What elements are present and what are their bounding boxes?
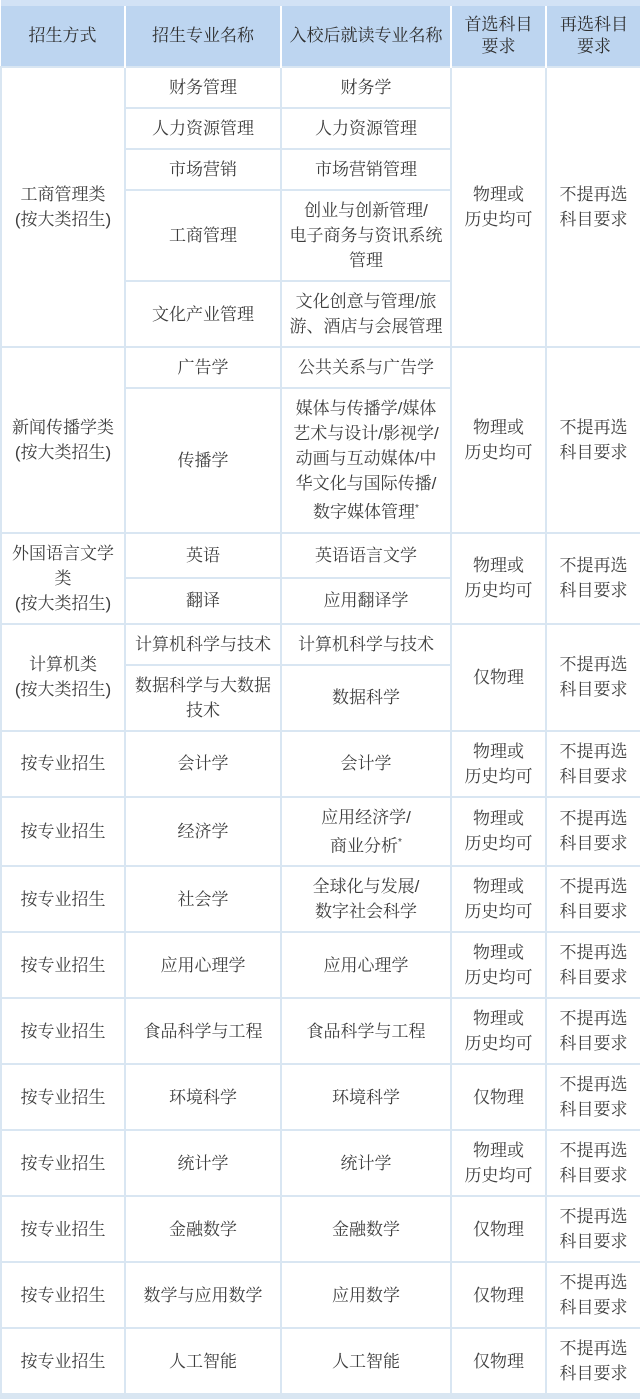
second-subject-cell: 不提再选科目要求 bbox=[546, 731, 640, 797]
table-row: 按专业招生社会学全球化与发展/数字社会科学物理或历史均可不提再选科目要求 bbox=[1, 866, 640, 932]
study-major-cell: 英语语言文学 bbox=[281, 533, 451, 579]
enroll-major-cell: 应用心理学 bbox=[125, 932, 281, 998]
enroll-major-cell: 人工智能 bbox=[125, 1328, 281, 1396]
first-subject-cell: 物理或历史均可 bbox=[451, 797, 546, 867]
method-cell: 按专业招生 bbox=[1, 1196, 125, 1262]
enroll-major-cell: 环境科学 bbox=[125, 1064, 281, 1130]
enroll-major-cell: 财务管理 bbox=[125, 67, 281, 108]
method-cell: 按专业招生 bbox=[1, 731, 125, 797]
col-header-first-subject: 首选科目要求 bbox=[451, 3, 546, 67]
table-row: 按专业招生人工智能人工智能仅物理不提再选科目要求 bbox=[1, 1328, 640, 1396]
enroll-major-cell: 文化产业管理 bbox=[125, 281, 281, 347]
col-header-enroll-major: 招生专业名称 bbox=[125, 3, 281, 67]
study-major-cell: 统计学 bbox=[281, 1130, 451, 1196]
second-subject-cell: 不提再选科目要求 bbox=[546, 932, 640, 998]
table-row: 按专业招生会计学会计学物理或历史均可不提再选科目要求 bbox=[1, 731, 640, 797]
second-subject-cell: 不提再选科目要求 bbox=[546, 998, 640, 1064]
col-header-second-subject: 再选科目要求 bbox=[546, 3, 640, 67]
study-major-cell: 计算机科学与技术 bbox=[281, 624, 451, 665]
method-cell: 工商管理类(按大类招生) bbox=[1, 67, 125, 347]
first-subject-cell: 仅物理 bbox=[451, 624, 546, 731]
table-body: 工商管理类(按大类招生)财务管理财务学物理或历史均可不提再选科目要求人力资源管理… bbox=[1, 67, 640, 1396]
second-subject-cell: 不提再选科目要求 bbox=[546, 67, 640, 347]
study-major-cell: 媒体与传播学/媒体艺术与设计/影视学/动画与互动媒体/中华文化与国际传播/数字媒… bbox=[281, 388, 451, 533]
table-row: 按专业招生金融数学金融数学仅物理不提再选科目要求 bbox=[1, 1196, 640, 1262]
enroll-major-cell: 工商管理 bbox=[125, 190, 281, 281]
enroll-major-cell: 社会学 bbox=[125, 866, 281, 932]
table-row: 按专业招生环境科学环境科学仅物理不提再选科目要求 bbox=[1, 1064, 640, 1130]
study-major-cell: 应用经济学/商业分析* bbox=[281, 797, 451, 867]
first-subject-cell: 物理或历史均可 bbox=[451, 67, 546, 347]
study-major-cell: 市场营销管理 bbox=[281, 149, 451, 190]
first-subject-cell: 物理或历史均可 bbox=[451, 731, 546, 797]
col-header-study-major: 入校后就读专业名称 bbox=[281, 3, 451, 67]
study-major-cell: 会计学 bbox=[281, 731, 451, 797]
table-row: 按专业招生食品科学与工程食品科学与工程物理或历史均可不提再选科目要求 bbox=[1, 998, 640, 1064]
first-subject-cell: 仅物理 bbox=[451, 1196, 546, 1262]
table-row: 按专业招生数学与应用数学应用数学仅物理不提再选科目要求 bbox=[1, 1262, 640, 1328]
study-major-cell: 人力资源管理 bbox=[281, 108, 451, 149]
study-major-cell: 人工智能 bbox=[281, 1328, 451, 1396]
enroll-major-cell: 传播学 bbox=[125, 388, 281, 533]
enroll-major-cell: 市场营销 bbox=[125, 149, 281, 190]
second-subject-cell: 不提再选科目要求 bbox=[546, 624, 640, 731]
first-subject-cell: 物理或历史均可 bbox=[451, 1130, 546, 1196]
enroll-major-cell: 金融数学 bbox=[125, 1196, 281, 1262]
first-subject-cell: 物理或历史均可 bbox=[451, 347, 546, 533]
method-cell: 按专业招生 bbox=[1, 1262, 125, 1328]
table-row: 按专业招生经济学应用经济学/商业分析*物理或历史均可不提再选科目要求 bbox=[1, 797, 640, 867]
method-cell: 按专业招生 bbox=[1, 998, 125, 1064]
study-major-cell: 文化创意与管理/旅游、酒店与会展管理 bbox=[281, 281, 451, 347]
study-major-cell: 环境科学 bbox=[281, 1064, 451, 1130]
enroll-major-cell: 会计学 bbox=[125, 731, 281, 797]
method-cell: 计算机类(按大类招生) bbox=[1, 624, 125, 731]
table-row: 新闻传播学类(按大类招生)广告学公共关系与广告学物理或历史均可不提再选科目要求 bbox=[1, 347, 640, 388]
study-major-cell: 财务学 bbox=[281, 67, 451, 108]
second-subject-cell: 不提再选科目要求 bbox=[546, 866, 640, 932]
table-row: 按专业招生应用心理学应用心理学物理或历史均可不提再选科目要求 bbox=[1, 932, 640, 998]
study-major-cell: 金融数学 bbox=[281, 1196, 451, 1262]
study-major-cell: 食品科学与工程 bbox=[281, 998, 451, 1064]
enroll-major-cell: 统计学 bbox=[125, 1130, 281, 1196]
enroll-major-cell: 数学与应用数学 bbox=[125, 1262, 281, 1328]
second-subject-cell: 不提再选科目要求 bbox=[546, 1064, 640, 1130]
enroll-major-cell: 翻译 bbox=[125, 578, 281, 624]
first-subject-cell: 物理或历史均可 bbox=[451, 866, 546, 932]
second-subject-cell: 不提再选科目要求 bbox=[546, 1328, 640, 1396]
enroll-major-cell: 数据科学与大数据技术 bbox=[125, 665, 281, 731]
enroll-major-cell: 英语 bbox=[125, 533, 281, 579]
table-header: 招生方式招生专业名称入校后就读专业名称首选科目要求再选科目要求 bbox=[1, 3, 640, 67]
table-row: 外国语言文学类(按大类招生)英语英语语言文学物理或历史均可不提再选科目要求 bbox=[1, 533, 640, 579]
study-major-cell: 应用心理学 bbox=[281, 932, 451, 998]
study-major-cell: 全球化与发展/数字社会科学 bbox=[281, 866, 451, 932]
table-row: 按专业招生统计学统计学物理或历史均可不提再选科目要求 bbox=[1, 1130, 640, 1196]
second-subject-cell: 不提再选科目要求 bbox=[546, 797, 640, 867]
method-cell: 按专业招生 bbox=[1, 1064, 125, 1130]
method-cell: 按专业招生 bbox=[1, 932, 125, 998]
method-cell: 新闻传播学类(按大类招生) bbox=[1, 347, 125, 533]
study-major-cell: 公共关系与广告学 bbox=[281, 347, 451, 388]
study-major-cell: 应用数学 bbox=[281, 1262, 451, 1328]
first-subject-cell: 仅物理 bbox=[451, 1262, 546, 1328]
study-major-cell: 创业与创新管理/电子商务与资讯系统管理 bbox=[281, 190, 451, 281]
enroll-major-cell: 计算机科学与技术 bbox=[125, 624, 281, 665]
method-cell: 按专业招生 bbox=[1, 797, 125, 867]
enroll-major-cell: 人力资源管理 bbox=[125, 108, 281, 149]
table-row: 工商管理类(按大类招生)财务管理财务学物理或历史均可不提再选科目要求 bbox=[1, 67, 640, 108]
study-major-cell: 应用翻译学 bbox=[281, 578, 451, 624]
admissions-page: 招生方式招生专业名称入校后就读专业名称首选科目要求再选科目要求 工商管理类(按大… bbox=[0, 0, 640, 1399]
first-subject-cell: 物理或历史均可 bbox=[451, 932, 546, 998]
first-subject-cell: 物理或历史均可 bbox=[451, 998, 546, 1064]
enroll-major-cell: 广告学 bbox=[125, 347, 281, 388]
second-subject-cell: 不提再选科目要求 bbox=[546, 1196, 640, 1262]
second-subject-cell: 不提再选科目要求 bbox=[546, 533, 640, 624]
study-major-cell: 数据科学 bbox=[281, 665, 451, 731]
first-subject-cell: 仅物理 bbox=[451, 1328, 546, 1396]
second-subject-cell: 不提再选科目要求 bbox=[546, 1130, 640, 1196]
enroll-major-cell: 食品科学与工程 bbox=[125, 998, 281, 1064]
table-row: 计算机类(按大类招生)计算机科学与技术计算机科学与技术仅物理不提再选科目要求 bbox=[1, 624, 640, 665]
method-cell: 按专业招生 bbox=[1, 1328, 125, 1396]
first-subject-cell: 物理或历史均可 bbox=[451, 533, 546, 624]
col-header-method: 招生方式 bbox=[1, 3, 125, 67]
method-cell: 外国语言文学类(按大类招生) bbox=[1, 533, 125, 624]
admissions-table: 招生方式招生专业名称入校后就读专业名称首选科目要求再选科目要求 工商管理类(按大… bbox=[0, 0, 640, 1399]
method-cell: 按专业招生 bbox=[1, 866, 125, 932]
first-subject-cell: 仅物理 bbox=[451, 1064, 546, 1130]
header-row: 招生方式招生专业名称入校后就读专业名称首选科目要求再选科目要求 bbox=[1, 3, 640, 67]
method-cell: 按专业招生 bbox=[1, 1130, 125, 1196]
second-subject-cell: 不提再选科目要求 bbox=[546, 347, 640, 533]
second-subject-cell: 不提再选科目要求 bbox=[546, 1262, 640, 1328]
enroll-major-cell: 经济学 bbox=[125, 797, 281, 867]
